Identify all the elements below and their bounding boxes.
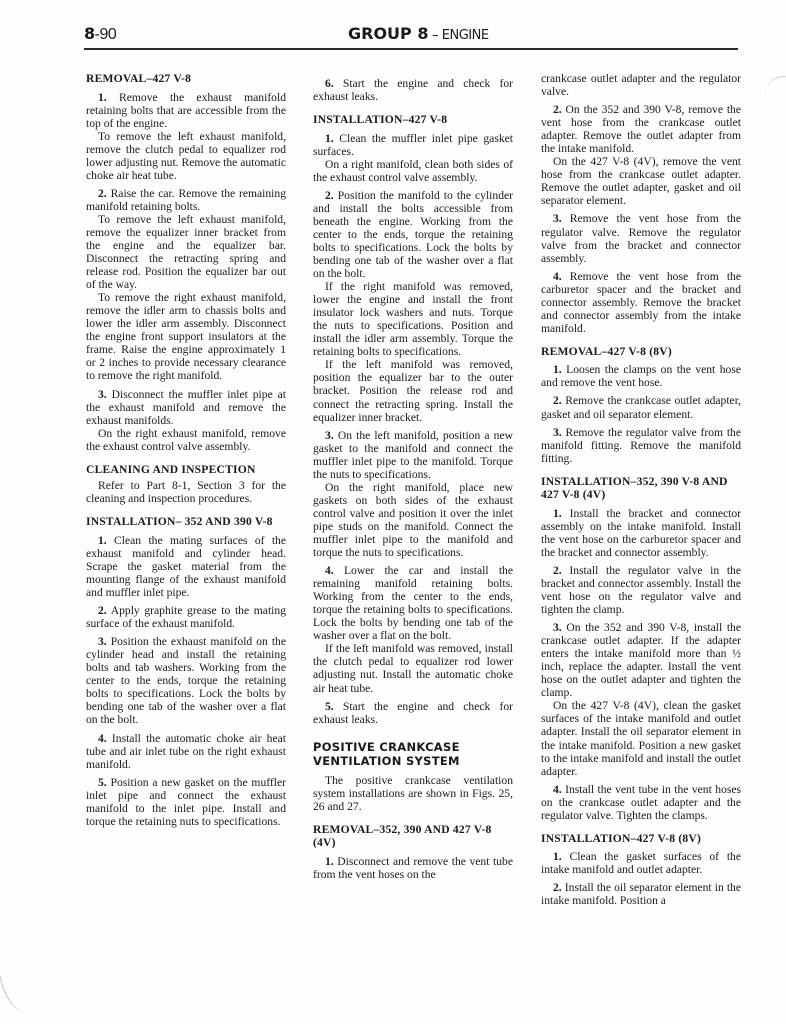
step-number: 1. — [98, 534, 107, 547]
section-heading: INSTALLATION–352, 390 V-8 AND 427 V-8 (4… — [541, 475, 741, 502]
procedure-step: 1. Clean the gasket surfaces of the inta… — [541, 850, 741, 876]
step-number: 2. — [553, 394, 562, 407]
step-text: Remove the exhaust manifold retaining bo… — [86, 91, 286, 130]
step-number: 1. — [325, 132, 334, 145]
text-column-3: crankcase outlet adapter and the regulat… — [541, 72, 741, 907]
paragraph: On the 427 V-8 (4V), clean the gasket su… — [541, 699, 741, 777]
paragraph: On the 427 V-8 (4V), remove the vent hos… — [541, 155, 741, 207]
procedure-step: 3. Disconnect the muffler inlet pipe at … — [86, 388, 286, 427]
procedure-step: 2. Position the manifold to the cylinder… — [313, 189, 513, 280]
step-number: 1. — [98, 91, 107, 104]
procedure-step: 3. Remove the vent hose from the regulat… — [541, 212, 741, 264]
procedure-step: 2. Apply graphite grease to the mating s… — [86, 604, 286, 630]
procedure-step: 1. Clean the muffler inlet pipe gasket s… — [313, 132, 513, 158]
procedure-step: 4. Remove the vent hose from the carbure… — [541, 270, 741, 335]
paragraph: To remove the left exhaust manifold, rem… — [86, 130, 286, 182]
section-heading: INSTALLATION–427 V-8 (8V) — [541, 832, 741, 846]
step-number: 1. — [553, 507, 562, 520]
page-corner-curl — [764, 76, 786, 117]
procedure-step: 1. Disconnect and remove the vent tube f… — [313, 855, 513, 881]
step-number: 4. — [553, 270, 562, 283]
step-text: Install the bracket and connector assemb… — [541, 507, 741, 559]
step-number: 6. — [325, 77, 334, 90]
step-text: On the left manifold, position a new gas… — [313, 429, 513, 481]
step-number: 3. — [553, 621, 562, 634]
step-number: 3. — [98, 388, 107, 401]
step-number: 2. — [553, 564, 562, 577]
step-text: Install the vent tube in the vent hoses … — [541, 783, 741, 822]
step-number: 5. — [325, 700, 334, 713]
page-number-minor: -90 — [95, 26, 117, 43]
group-subtitle: – ENGINE — [428, 28, 488, 43]
step-number: 3. — [553, 212, 562, 225]
step-text: On the 352 and 390 V-8, remove the vent … — [541, 103, 741, 155]
running-title: GROUP 8 – ENGINE — [348, 24, 489, 43]
step-number: 1. — [553, 363, 562, 376]
paragraph: If the right manifold was removed, lower… — [313, 280, 513, 358]
step-text: Start the engine and check for exhaust l… — [313, 700, 513, 726]
procedure-step: 2. Install the regulator valve in the br… — [541, 564, 741, 616]
text-column-1: REMOVAL–427 V-81. Remove the exhaust man… — [86, 72, 286, 828]
page-corner-curl — [0, 951, 40, 1017]
section-heading: REMOVAL–352, 390 AND 427 V-8 (4V) — [313, 823, 513, 850]
step-text: Remove the vent hose from the regulator … — [541, 212, 741, 264]
step-text: Clean the muffler inlet pipe gasket surf… — [313, 132, 513, 158]
procedure-step: 1. Loosen the clamps on the vent hose an… — [541, 363, 741, 389]
step-text: Remove the crankcase outlet adapter, gas… — [541, 394, 741, 420]
procedure-step: 4. Lower the car and install the remaini… — [313, 564, 513, 642]
step-text: Install the regulator valve in the brack… — [541, 564, 741, 616]
procedure-step: 1. Install the bracket and connector ass… — [541, 507, 741, 559]
procedure-step: 3. Remove the regulator valve from the m… — [541, 426, 741, 465]
continued-paragraph: crankcase outlet adapter and the regulat… — [541, 72, 741, 98]
procedure-step: 1. Clean the mating surfaces of the exha… — [86, 534, 286, 599]
step-number: 4. — [553, 783, 562, 796]
step-text: Remove the regulator valve from the mani… — [541, 426, 741, 465]
step-number: 2. — [98, 604, 107, 617]
step-number: 2. — [553, 881, 562, 894]
procedure-step: 2. Install the oil separator element in … — [541, 881, 741, 907]
section-heading: CLEANING AND INSPECTION — [86, 463, 286, 477]
major-section-heading: POSITIVE CRANKCASE VENTILATION SYSTEM — [313, 740, 513, 768]
paragraph: On a right manifold, clean both sides of… — [313, 158, 513, 184]
procedure-step: 6. Start the engine and check for exhaus… — [313, 77, 513, 103]
step-number: 4. — [98, 732, 107, 745]
step-text: Install the automatic choke air heat tub… — [86, 732, 286, 771]
page-header: 8-90 GROUP 8 – ENGINE — [84, 22, 740, 48]
procedure-step: 5. Start the engine and check for exhaus… — [313, 700, 513, 726]
procedure-step: 4. Install the vent tube in the vent hos… — [541, 783, 741, 822]
step-number: 1. — [553, 850, 562, 863]
paragraph: If the left manifold was removed, instal… — [313, 642, 513, 694]
paragraph: To remove the left exhaust manifold, rem… — [86, 213, 286, 291]
page-number: 8-90 — [84, 24, 116, 44]
procedure-step: 2. Raise the car. Remove the remaining m… — [86, 187, 286, 213]
manual-page: 8-90 GROUP 8 – ENGINE REMOVAL–427 V-81. … — [0, 0, 786, 1024]
section-heading: INSTALLATION– 352 AND 390 V-8 — [86, 515, 286, 529]
paragraph: On the right manifold, place new gaskets… — [313, 481, 513, 559]
step-text: Lower the car and install the remaining … — [313, 564, 513, 642]
paragraph: To remove the right exhaust manifold, re… — [86, 291, 286, 382]
step-number: 2. — [553, 103, 562, 116]
procedure-step: 4. Install the automatic choke air heat … — [86, 732, 286, 771]
step-number: 3. — [98, 635, 107, 648]
step-text: Disconnect the muffler inlet pipe at the… — [86, 388, 286, 427]
group-title: GROUP 8 — [348, 24, 428, 43]
step-number: 5. — [98, 776, 107, 789]
procedure-step: 1. Remove the exhaust manifold retaining… — [86, 91, 286, 130]
step-text: Start the engine and check for exhaust l… — [313, 77, 513, 103]
step-number: 2. — [98, 187, 107, 200]
step-text: Install the oil separator element in the… — [541, 881, 741, 907]
page-number-major: 8 — [84, 24, 95, 43]
step-text: Disconnect and remove the vent tube from… — [313, 855, 513, 881]
step-number: 3. — [553, 426, 562, 439]
step-text: On the 352 and 390 V-8, install the cran… — [541, 621, 741, 699]
text-column-2: 6. Start the engine and check for exhaus… — [313, 72, 513, 881]
step-text: Position the exhaust manifold on the cyl… — [86, 635, 286, 726]
procedure-step: 2. Remove the crankcase outlet adapter, … — [541, 394, 741, 420]
step-text: Raise the car. Remove the remaining mani… — [86, 187, 286, 213]
section-heading: REMOVAL–427 V-8 — [86, 72, 286, 86]
step-number: 3. — [325, 429, 334, 442]
step-text: Apply graphite grease to the mating surf… — [86, 604, 286, 630]
step-number: 2. — [325, 189, 334, 202]
procedure-step: 3. On the 352 and 390 V-8, install the c… — [541, 621, 741, 699]
section-heading: REMOVAL–427 V-8 (8V) — [541, 345, 741, 359]
procedure-step: 3. Position the exhaust manifold on the … — [86, 635, 286, 726]
procedure-step: 5. Position a new gasket on the muffler … — [86, 776, 286, 828]
step-text: Remove the vent hose from the carburetor… — [541, 270, 741, 335]
step-number: 4. — [325, 564, 334, 577]
step-text: Clean the gasket surfaces of the intake … — [541, 850, 741, 876]
paragraph: Refer to Part 8-1, Section 3 for the cle… — [86, 479, 286, 505]
procedure-step: 2. On the 352 and 390 V-8, remove the ve… — [541, 103, 741, 155]
paragraph: On the right exhaust manifold, remove th… — [86, 427, 286, 453]
step-text: Position a new gasket on the muffler inl… — [86, 776, 286, 828]
paragraph: If the left manifold was removed, positi… — [313, 358, 513, 423]
step-number: 1. — [325, 855, 334, 868]
section-heading: INSTALLATION–427 V-8 — [313, 113, 513, 127]
paragraph: The positive crankcase ventilation syste… — [313, 774, 513, 813]
step-text: Clean the mating surfaces of the exhaust… — [86, 534, 286, 599]
procedure-step: 3. On the left manifold, position a new … — [313, 429, 513, 481]
step-text: Position the manifold to the cylinder an… — [313, 189, 513, 280]
step-text: Loosen the clamps on the vent hose and r… — [541, 363, 741, 389]
header-rule — [84, 48, 738, 50]
